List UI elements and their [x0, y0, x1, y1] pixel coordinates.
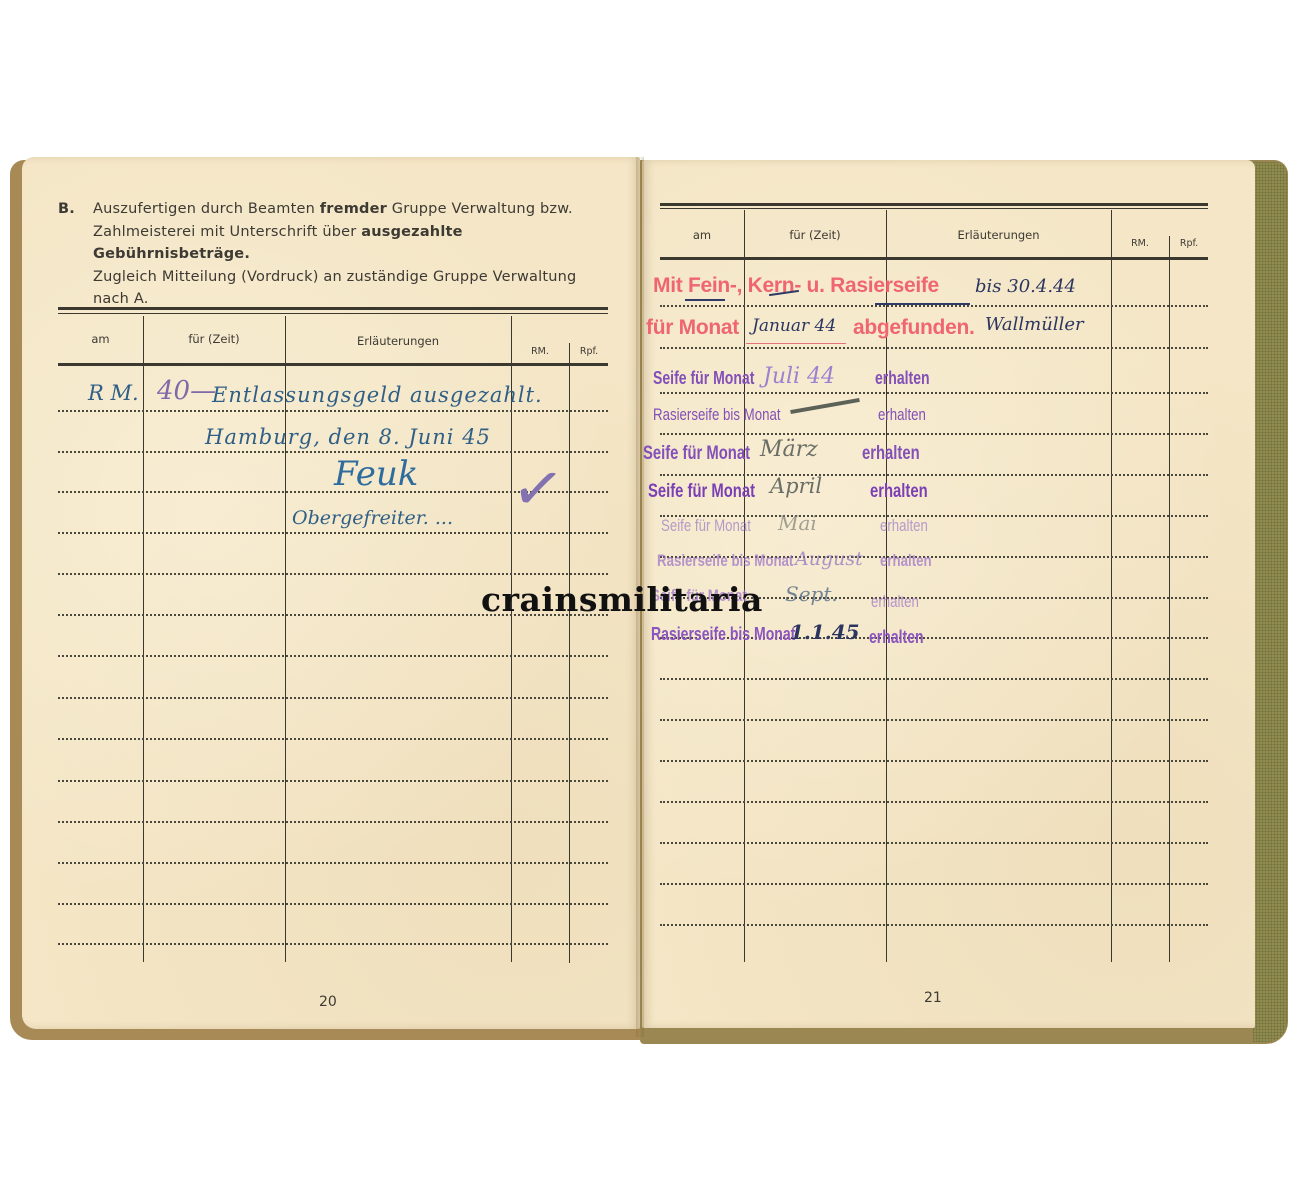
handwritten-bis-date: bis 30.4.44: [975, 276, 1076, 297]
stamp-suffix: erhalten: [878, 405, 926, 425]
col-divider: [569, 343, 570, 963]
row-line: [660, 801, 1208, 803]
header-am: am: [58, 332, 143, 346]
header-erlaeuterungen: Erläuterungen: [285, 334, 511, 348]
stamp-prefix: Rasierseife bis Monat: [657, 551, 793, 571]
header-rpf: Rpf.: [569, 346, 609, 357]
stamp-handwritten-value: August: [795, 548, 863, 570]
row-line: [58, 862, 608, 864]
header-am: am: [660, 228, 744, 242]
row-line: [660, 392, 1208, 394]
row-line: [58, 943, 608, 945]
red-stamp-line2-suffix: abgefunden.: [853, 316, 975, 340]
page-number-left: 20: [319, 994, 337, 1010]
page-number-right: 21: [924, 990, 942, 1006]
instruction-line3: Zugleich Mitteilung (Vordruck) an zustän…: [93, 269, 576, 285]
handwritten-signature: Feuk: [334, 454, 418, 494]
stamp-handwritten-value: Juli 44: [763, 364, 835, 389]
row-line: [660, 305, 1208, 307]
red-stamp-line2-prefix: für Monat: [646, 316, 739, 340]
section-letter: B.: [58, 198, 75, 221]
stamp-suffix: erhalten: [871, 592, 919, 612]
row-line: [660, 883, 1208, 885]
row-line: [660, 760, 1208, 762]
stamp-prefix: Seife für Monat: [643, 443, 750, 465]
underline-rasierseife: [875, 303, 970, 305]
col-divider: [143, 316, 144, 962]
row-line: [660, 347, 1208, 349]
double-rule-top: [660, 203, 1208, 206]
row-line: [58, 410, 608, 412]
row-line: [58, 738, 608, 740]
red-stamp-line1: Mit Fein-, Kern- u. Rasierseife: [653, 274, 939, 298]
stamp-handwritten-value: März: [760, 437, 818, 462]
handwritten-rank: Obergefreiter. ...: [292, 507, 453, 529]
handwritten-amount: 40—: [157, 376, 216, 406]
handwritten-signature-right: Wallmüller: [985, 314, 1084, 335]
strike-fein: [685, 299, 725, 301]
row-line: [58, 821, 608, 823]
double-rule-bottom: [660, 208, 1208, 209]
row-line: [660, 433, 1208, 435]
stamp-handwritten-value: April: [770, 474, 822, 498]
row-line: [58, 573, 608, 575]
check-mark-icon: ✓: [507, 449, 569, 529]
row-line: [58, 780, 608, 782]
header-rule: [660, 257, 1208, 260]
double-rule-bottom: [58, 313, 608, 314]
stamp-handwritten-value: 1.1.45: [790, 620, 860, 644]
stamp-prefix: Seife für Monat: [661, 516, 751, 536]
instruction-line4: nach A.: [93, 291, 149, 307]
handwritten-month-januar: Januar 44: [752, 316, 836, 336]
header-rm: RM.: [511, 346, 569, 357]
row-line: [58, 903, 608, 905]
header-fuer-zeit: für (Zeit): [744, 228, 886, 242]
row-line: [660, 719, 1208, 721]
stamp-suffix: erhalten: [870, 481, 928, 503]
instruction-text: B. Auszufertigen durch Beamten fremder G…: [58, 198, 613, 311]
double-rule-top: [58, 307, 608, 310]
stamp-suffix: erhalten: [880, 551, 932, 571]
header-rpf: Rpf.: [1169, 238, 1209, 249]
row-line: [660, 474, 1208, 476]
stamp-suffix: erhalten: [869, 627, 924, 648]
row-line: [660, 924, 1208, 926]
row-line: [58, 532, 608, 534]
header-fuer-zeit: für (Zeit): [143, 332, 285, 346]
handwritten-line2: Hamburg, den 8. Juni 45: [205, 425, 491, 449]
watermark-text: crainsmilitaria: [481, 580, 763, 619]
stamp-suffix: erhalten: [875, 368, 930, 389]
col-divider: [285, 316, 286, 962]
row-line: [58, 697, 608, 699]
stamp-prefix: Seife für Monat: [653, 368, 754, 389]
row-line: [660, 678, 1208, 680]
header-rule: [58, 363, 608, 366]
stamp-handwritten-value: Mai: [778, 511, 817, 535]
col-divider: [1111, 210, 1112, 962]
row-line: [660, 842, 1208, 844]
header-erlaeuterungen: Erläuterungen: [886, 228, 1111, 242]
col-divider: [511, 316, 512, 962]
stamp-prefix: Rasierseife bis Monat: [653, 405, 781, 425]
col-divider: [1169, 236, 1170, 962]
instruction-line2: Zahlmeisterei mit Unterschrift über: [93, 224, 361, 240]
instruction-line1: Auszufertigen durch Beamten: [93, 201, 320, 217]
stamp-prefix: Seife für Monat: [648, 481, 755, 503]
instruction-emphasis-fremder: fremder: [320, 201, 387, 217]
instruction-line1-end: Gruppe Verwaltung bzw.: [387, 201, 573, 217]
cloth-spine-edge: [1253, 162, 1287, 1042]
header-rm: RM.: [1111, 238, 1169, 249]
stamp-prefix: Rasierseife bis Monat: [651, 624, 795, 645]
handwritten-rm: R M.: [88, 381, 139, 405]
red-underline: [746, 343, 846, 344]
handwritten-line1: Entlassungsgeld ausgezahlt.: [212, 383, 543, 407]
row-line: [58, 655, 608, 657]
stamp-suffix: erhalten: [880, 516, 928, 536]
stamp-suffix: erhalten: [862, 443, 920, 465]
stamp-handwritten-value: Sept.: [785, 582, 838, 606]
